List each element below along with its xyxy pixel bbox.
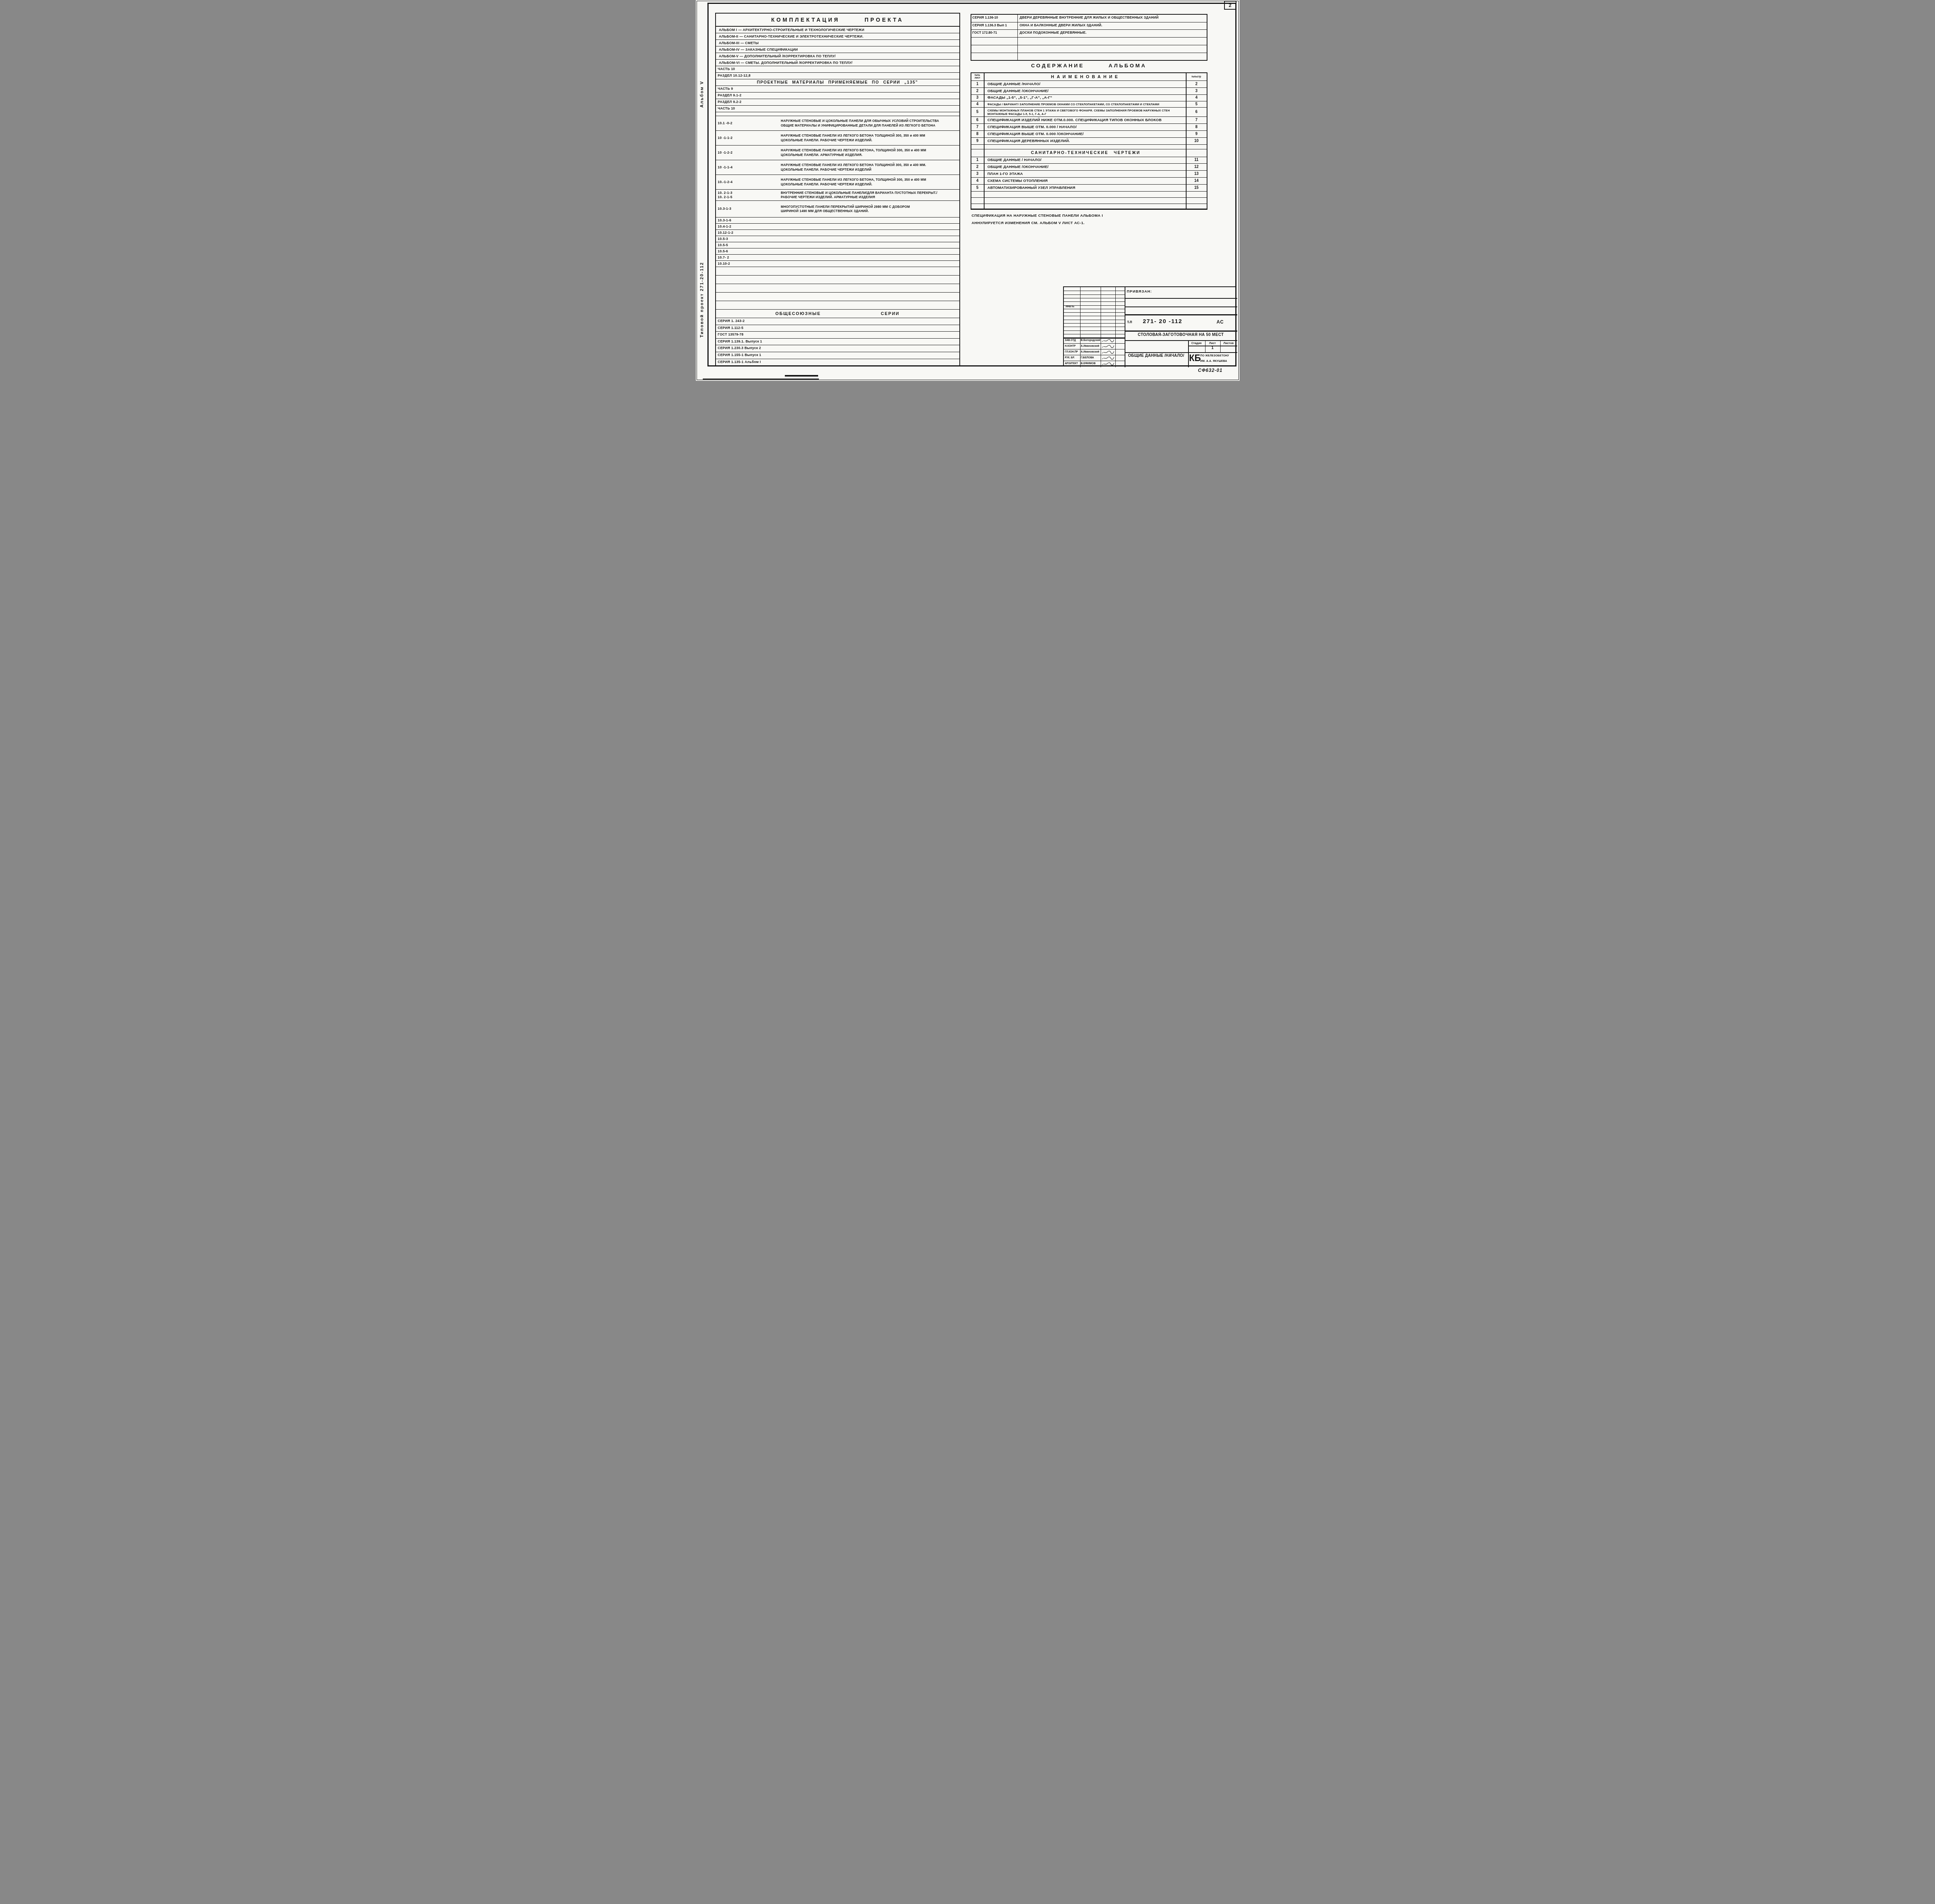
row-description: ДОСКИ ПОДОКОННЫЕ ДЕРЕВЯННЫЕ. xyxy=(1018,30,1207,37)
row-code: СЕРИЯ 1.230.3 Выпуск 2 xyxy=(718,345,780,350)
table-row: 10.1 -0-2НАРУЖНЫЕ СТЕНОВЫЕ И ЦОКОЛЬНЫЕ П… xyxy=(716,116,959,131)
row-code: 10.3-1-6 xyxy=(718,217,780,223)
signature-row: АРХИТЕКТВ.ЕФИМОВ xyxy=(1064,361,1125,367)
row-page: 2 xyxy=(1186,81,1207,87)
section-header: ПРОЕКТНЫЕ МАТЕРИАЛЫ ПРИМЕНЯЕМЫЕ ПО СЕРИИ… xyxy=(757,80,918,85)
row-number: 4 xyxy=(971,101,985,107)
signature-role: ГЛ.КОН.ПР xyxy=(1065,351,1080,353)
row-code: СЕРИЯ 1. 243-2 xyxy=(718,318,780,323)
table-row xyxy=(716,284,959,293)
table-row: 4СХЕМА СИСТЕМЫ ОТОПЛЕНИЯ14 xyxy=(971,178,1207,185)
org-line-2: ИМ. А.А. ЯКУШЕВА xyxy=(1200,360,1227,363)
contents-title: СОДЕРЖАНИЕ АЛЬБОМА xyxy=(971,63,1207,68)
title-line: ОБЩИЕ ДАННЫЕ /ОКОНЧАНИЕ/ xyxy=(988,165,1184,169)
signature-stroke-icon xyxy=(1101,361,1115,366)
title-line: СПЕЦИФИКАЦИЯ ДЕРЕВЯННЫХ ИЗДЕЛИЙ. xyxy=(988,139,1184,143)
signature-stroke-icon xyxy=(1101,338,1115,343)
row-code: 10.3-1-3 xyxy=(718,207,780,211)
row-code: 10.-1-2-4 xyxy=(718,180,780,184)
signature-role: АРХИТЕКТ xyxy=(1065,362,1080,365)
row-page: 13 xyxy=(1186,171,1207,177)
table-row xyxy=(716,276,959,284)
stamp-grid-line xyxy=(1064,312,1125,313)
row-number: 2 xyxy=(971,88,985,94)
left-table-title-row: КОМПЛЕКТАЦИЯ ПРОЕКТА xyxy=(716,14,959,27)
album-entry: АЛЬБОМ-V — ДОПОЛНИТЕЛЬНЫЙ /КОРРЕКТИРОВКА… xyxy=(716,53,959,58)
description-line: ВНУТРЕННИЕ СТЕНОВЫЕ И ЦОКОЛЬНЫЕ ПАНЕЛИ/Д… xyxy=(781,191,958,195)
row-description: ВНУТРЕННИЕ СТЕНОВЫЕ И ЦОКОЛЬНЫЕ ПАНЕЛИ/Д… xyxy=(781,190,959,200)
code-line: 10.5-3 xyxy=(718,237,728,241)
row-page: 12 xyxy=(1186,164,1207,170)
signature-name: В.ЕФИМОВ xyxy=(1081,362,1100,365)
table-row: 10.3-1-6МНОГОПУСТОТНЫЕ ПАНЕЛИ ПЕРЕКРЫТИЙ… xyxy=(716,217,959,224)
table-row: 6СПЕЦИФИКАЦИЯ ИЗДЕЛИЙ НИЖЕ ОТМ.0.000. СП… xyxy=(971,117,1207,124)
table-row: 9СПЕЦИФИКАЦИЯ ДЕРЕВЯННЫХ ИЗДЕЛИЙ.10 xyxy=(971,138,1207,145)
row-page: 3 xyxy=(1186,88,1207,94)
row-page xyxy=(1186,204,1207,209)
description-line: МНОГОПУСТОТНЫЕ ПАНЕЛИ ПЕРЕКРЫТИЙ ШИРИНОЙ… xyxy=(781,205,958,209)
contents-col-page: №№стр xyxy=(1186,73,1207,80)
code-line: 10.7- 2 xyxy=(718,255,729,259)
form-code: СФ632-01 xyxy=(1198,368,1223,373)
row-number xyxy=(971,192,985,197)
row-code: СЕРИЯ 1.139.1. Выпуск 1 xyxy=(718,339,780,344)
row-code: 10.5-5 xyxy=(718,242,780,247)
signature-row: РУК. БР.Г.БЕЛОВА xyxy=(1064,355,1125,361)
table-row: АЛЬБОМ-IV — ЗАКАЗНЫЕ СПЕЦИФИКАЦИИ xyxy=(716,46,959,53)
row-code: 10 -1-1-2 xyxy=(718,136,780,140)
table-row-empty xyxy=(971,45,1207,53)
description-line: НАРУЖНЫЕ СТЕНОВЫЕ И ЦОКОЛЬНЫЕ ПАНЕЛИ ДЛЯ… xyxy=(781,119,958,123)
album-entry: АЛЬБОМ-IV — ЗАКАЗНЫЕ СПЕЦИФИКАЦИИ xyxy=(716,46,959,51)
row-code: ГОСТ 172.80-71 xyxy=(971,30,1018,37)
title-line: МОНТАЖНЫЕ ФАСАДЫ 1-5, 5-1, Г-А, А-Г xyxy=(988,112,1184,116)
table-row xyxy=(716,112,959,116)
title-line: ФАСАДЫ / ВАРИАНТ/ ЗАПОЛНЕНИЕ ПРОЕМОВ ОКН… xyxy=(988,103,1184,106)
row-code: РАЗДЕЛ 9.2-2 xyxy=(718,99,780,104)
table-row: 2ОБЩИЕ ДАННЫЕ /ОКОНЧАНИЕ/3 xyxy=(971,88,1207,95)
row-number: 1 xyxy=(971,81,985,87)
row-page: 7 xyxy=(1186,117,1207,123)
stamp-line xyxy=(1125,314,1237,315)
code-line: 10. 2-1-3 xyxy=(718,191,733,195)
code-line: ЧАСТЬ 9 xyxy=(718,87,733,91)
project-number: 271- 20 -112 xyxy=(1137,318,1188,325)
note-line-1: СПЕЦИФИКАЦИЯ НА НАРУЖНЫЕ СТЕНОВЫЕ ПАНЕЛИ… xyxy=(972,214,1173,218)
title-line: АВТОМАТИЗИРОВАННЫЙ УЗЕЛ УПРАВЛЕНИЯ xyxy=(988,186,1184,190)
row-page: 6 xyxy=(1186,108,1207,116)
row-page: 5 xyxy=(1186,101,1207,107)
row-title: ПЛАН 1-ГО ЭТАЖА xyxy=(985,171,1186,177)
table-row: 10.-1-2-4НАРУЖНЫЕ СТЕНОВЫЕ ПАНЕЛИ ИЗ ЛЕГ… xyxy=(716,175,959,190)
signature-role: ЗАВ.ОТД xyxy=(1065,339,1080,342)
contents-col-sheet-bottom: лист xyxy=(974,77,980,80)
code-line: 10. 2-1-5 xyxy=(718,195,733,199)
table-row: 7СПЕЦИФИКАЦИЯ ВЫШЕ ОТМ. 0.000 / НАЧАЛО/8 xyxy=(971,124,1207,131)
signature-stroke-icon xyxy=(1101,350,1115,355)
row-page xyxy=(1186,149,1207,157)
stamp-grid-line xyxy=(1064,295,1125,295)
row-number: 3 xyxy=(971,95,985,101)
table-row: 10 -1-1-4НАРУЖНЫЕ СТЕНОВЫЕ ПАНЕЛИ ИЗ ЛЕГ… xyxy=(716,160,959,175)
row-number xyxy=(971,198,985,204)
row-description: НАРУЖНЫЕ СТЕНОВЫЕ ПАНЕЛИ ИЗ ЛЕГКОГО БЕТО… xyxy=(781,160,959,175)
table-row: 10. 2-1-310. 2-1-5ВНУТРЕННИЕ СТЕНОВЫЕ И … xyxy=(716,190,959,201)
table-row-empty xyxy=(971,198,1207,204)
row-description xyxy=(1018,53,1207,60)
stamp-grid-line xyxy=(1064,327,1125,327)
table-row: АЛЬБОМ-III — СМЕТЫ xyxy=(716,40,959,46)
code-line: СЕРИЯ 1.139.1. Выпуск 1 xyxy=(718,339,762,343)
stamp-grid-line xyxy=(1064,334,1125,334)
code-line: 10.5-6 xyxy=(718,249,728,253)
row-code: ЧАСТЬ 9 xyxy=(718,86,780,91)
row-title: ОБЩИЕ ДАННЫЕ /ОКОНЧАНИЕ/ xyxy=(985,88,1186,94)
contents-rows: 1ОБЩИЕ ДАННЫЕ /НАЧАЛО/22ОБЩИЕ ДАННЫЕ /ОК… xyxy=(971,81,1207,209)
table-row: 4ФАСАДЫ / ВАРИАНТ/ ЗАПОЛНЕНИЕ ПРОЕМОВ ОК… xyxy=(971,101,1207,108)
table-row: РАЗДЕЛ 10.12-12,8ДОПОЛНИТЕЛЬНЫЕ ИЗДЕЛИЯ. xyxy=(716,73,959,79)
description-line: НАРУЖНЫЕ СТЕНОВЫЕ ПАНЕЛИ ИЗ ЛЕГКОГО БЕТО… xyxy=(781,148,958,152)
code-line: РАЗДЕЛ 10.12-12,8 xyxy=(718,74,751,77)
row-page: 4 xyxy=(1186,95,1207,101)
row-code: 10.5-3 xyxy=(718,236,780,241)
row-title: АВТОМАТИЗИРОВАННЫЙ УЗЕЛ УПРАВЛЕНИЯ xyxy=(985,185,1186,191)
title-line: ФАСАДЫ „1-5”, „5-1”, „Г-А”, „А-Г” xyxy=(988,96,1184,100)
code-line: 10 -1-1-2 xyxy=(718,136,733,140)
row-number: 6 xyxy=(971,117,985,123)
table-row: ЧАСТЬ 9УЗЛЫ И ДЕТАЛИ xyxy=(716,86,959,92)
table-row: ГОСТ 13579-78БЛОКИ СТЕН ПОДВАЛА. xyxy=(716,332,959,339)
row-code: ГОСТ 13579-78 xyxy=(718,332,780,337)
row-number: 7 xyxy=(971,124,985,130)
table-row: РАЗДЕЛ 9.1-2МОНТАЖНЫЕ УЗЛЫ И ДЕТАЛИ xyxy=(716,92,959,99)
title-line: СПЕЦИФИКАЦИЯ ВЫШЕ ОТМ. 0.000 /ОКОНЧАНИЕ/ xyxy=(988,132,1184,136)
stamp-grid-line xyxy=(1064,323,1125,324)
page-edge-mark xyxy=(703,378,819,380)
contents-table: №№ лист НАИМЕНОВАНИЕ №№стр 1ОБЩИЕ ДАННЫЕ… xyxy=(971,72,1207,210)
row-title xyxy=(985,198,1186,204)
series-reference-table: СЕРИЯ 1.136-10ДВЕРИ ДЕРЕВЯННЫЕ ВНУТРЕННИ… xyxy=(971,14,1207,61)
album-entry: АЛЬБОМ I — АРХИТЕКТУРНО-СТРОИТЕЛЬНЫЕ И Т… xyxy=(716,27,959,32)
table-row: ЧАСТЬ 10ИЗДЕЛИЯ ЗАВОДСКОГО ИЗГОТОВЛЕНИЯ xyxy=(716,106,959,112)
stamp-grid-line xyxy=(1064,316,1125,316)
row-page: 10 xyxy=(1186,138,1207,144)
row-page xyxy=(1186,198,1207,204)
row-code: СЕРИЯ 1.112-5 xyxy=(718,325,780,330)
stamp-grid-line xyxy=(1064,330,1125,331)
code-line: СЕРИЯ 1.230.3 Выпуск 2 xyxy=(718,346,761,350)
table-row: 8СПЕЦИФИКАЦИЯ ВЫШЕ ОТМ. 0.000 /ОКОНЧАНИЕ… xyxy=(971,131,1207,138)
object-title: СТОЛОВАЯ-ЗАГОТОВОЧНАЯ НА 50 МЕСТ xyxy=(1125,333,1237,337)
code-line: СЕРИЯ 1.112-5 xyxy=(718,326,743,330)
org-initials: КБ xyxy=(1189,353,1201,363)
table-row: 10.12-1-2ДОПОЛНИТЕЛЬНЫЕ ИЗДЕЛИЯ. xyxy=(716,230,959,236)
code-line: 10.1 -0-2 xyxy=(718,121,733,125)
title-line: СХЕМА СИСТЕМЫ ОТОПЛЕНИЯ xyxy=(988,179,1184,183)
table-row xyxy=(716,267,959,276)
note-line-2: АННУЛИРУЕТСЯ ИЗМЕНЕНИЯ СМ. АЛЬБОМ V ЛИСТ… xyxy=(972,221,1173,225)
page-number-box: 2 xyxy=(1224,1,1236,10)
stamp-grid-line xyxy=(1064,309,1125,309)
project-composition-table: КОМПЛЕКТАЦИЯ ПРОЕКТА АЛЬБОМ I — АРХИТЕКТ… xyxy=(715,13,960,366)
table-row xyxy=(716,301,959,310)
table-row: РАЗДЕЛ 9.2-2ОБЩЕСТРОИТЕЛЬНЫЕ УЗЛЫ И ДЕТА… xyxy=(716,99,959,106)
row-code: 10.5-6 xyxy=(718,248,780,253)
table-row: ОБЩЕСОЮЗНЫЕ СЕРИИ xyxy=(716,310,959,318)
row-code: 10 -1-2-2 xyxy=(718,151,780,155)
row-page: 8 xyxy=(1186,124,1207,130)
contents-col-sheet: №№ лист xyxy=(971,73,985,80)
code-line: СЕРИЯ 1.135-1 Альбом I xyxy=(718,360,761,364)
code-line: ЧАСТЬ 10 xyxy=(718,106,735,110)
table-row-empty xyxy=(971,204,1207,209)
signature-name: А.Ивановский xyxy=(1081,351,1100,353)
table-row: 10 -1-2-2НАРУЖНЫЕ СТЕНОВЫЕ ПАНЕЛИ ИЗ ЛЕГ… xyxy=(716,146,959,160)
row-code: 10 -1-1-4 xyxy=(718,165,780,170)
row-description xyxy=(1018,45,1207,53)
row-code: ЧАСТЬ 10 xyxy=(718,66,780,71)
table-row: СЕРИЯ 1.155-1 Выпуск 1СТУПЕНИ БЕТОННЫЕ И… xyxy=(716,352,959,359)
row-title: СХЕМА СИСТЕМЫ ОТОПЛЕНИЯ xyxy=(985,178,1186,184)
stamp-line xyxy=(1125,352,1237,353)
signature-name: Г.БЕЛОВА xyxy=(1081,356,1100,359)
stage-header: Стадия xyxy=(1188,341,1205,345)
code-line: РАЗДЕЛ 9.1-2 xyxy=(718,93,741,97)
left-table-title: КОМПЛЕКТАЦИЯ ПРОЕКТА xyxy=(771,17,904,23)
row-page: 11 xyxy=(1186,157,1207,164)
table-row: СЕРИЯ 1.136.3 Вып 1ОКНА И БАЛКОННЫЕ ДВЕР… xyxy=(971,22,1207,30)
code-line: 10.-1-2-4 xyxy=(718,180,733,184)
row-number: 5 xyxy=(971,108,985,116)
row-page: 15 xyxy=(1186,185,1207,191)
signature-role: Н.КОНТР xyxy=(1065,345,1080,348)
title-line: ОБЩИЕ ДАННЫЕ / НАЧАЛО/ xyxy=(988,158,1184,162)
section-header: ОБЩЕСОЮЗНЫЕ СЕРИИ xyxy=(775,312,899,316)
table-row: 1ОБЩИЕ ДАННЫЕ / НАЧАЛО/11 xyxy=(971,157,1207,164)
binding-label: ПРИВЯЗАН: xyxy=(1127,289,1152,294)
left-table-rows: АЛЬБОМ I — АРХИТЕКТУРНО-СТРОИТЕЛЬНЫЕ И Т… xyxy=(716,27,959,366)
table-row-empty xyxy=(971,53,1207,61)
description-line: ШИРИНОЙ 1490 ММ ДЛЯ ОБЩЕСТВЕННЫХ ЗДАНИЙ. xyxy=(781,209,958,213)
row-title: ОБЩИЕ ДАННЫЕ /ОКОНЧАНИЕ/ xyxy=(985,164,1186,170)
table-row: АЛЬБОМ-V — ДОПОЛНИТЕЛЬНЫЙ /КОРРЕКТИРОВКА… xyxy=(716,53,959,60)
row-code xyxy=(971,38,1018,45)
code-line: 10.12-1-2 xyxy=(718,231,733,235)
description-line: НАРУЖНЫЕ СТЕНОВЫЕ ПАНЕЛИ ИЗ ЛЕГКОГО БЕТО… xyxy=(781,178,958,182)
album-entry: АЛЬБОМ-II — САНИТАРНО-ТЕХНИЧЕСКИЕ И ЭЛЕК… xyxy=(716,33,959,38)
table-row: СЕРИЯ 1.136-10ДВЕРИ ДЕРЕВЯННЫЕ ВНУТРЕННИ… xyxy=(971,15,1207,22)
table-row: 2ОБЩИЕ ДАННЫЕ /ОКОНЧАНИЕ/12 xyxy=(971,164,1207,171)
row-description: НАРУЖНЫЕ СТЕНОВЫЕ ПАНЕЛИ ИЗ ЛЕГКОГО БЕТО… xyxy=(781,131,959,145)
row-code: 10.10-2 xyxy=(718,261,780,266)
section-title: САНИТАРНО-ТЕХНИЧЕСКИЕ ЧЕРТЕЖИ xyxy=(985,149,1186,157)
fold-mark xyxy=(785,375,818,377)
album-entry: АЛЬБОМ-III — СМЕТЫ xyxy=(716,40,959,45)
row-code: СЕРИЯ 1.155-1 Выпуск 1 xyxy=(718,352,780,357)
table-row-empty xyxy=(971,38,1207,45)
row-number: 2 xyxy=(971,164,985,170)
row-title xyxy=(985,192,1186,197)
signature-row: ГЛ.КОН.ПРА.Ивановский xyxy=(1064,349,1125,355)
row-number: 1 xyxy=(971,157,985,164)
stamp-line xyxy=(1125,340,1237,341)
code-line: 10.3-1-3 xyxy=(718,207,731,211)
row-code xyxy=(971,53,1018,60)
row-description xyxy=(1018,38,1207,45)
stamp-grid-line xyxy=(1064,291,1125,291)
row-title: СХЕМЫ МОНТАЖНЫХ ПЛАНОВ СТЕН 1 ЭТАЖА И СВ… xyxy=(985,108,1186,116)
description-line: ЦОКОЛЬНЫЕ ПАНЕЛИ. РАБОЧИЕ ЧЕРТЕЖИ ИЗДЕЛИ… xyxy=(781,182,958,187)
stamp-line xyxy=(1125,298,1237,299)
description-line: ЦОКОЛЬНЫЕ ПАНЕЛИ. РАБОЧИЕ ЧЕРТЕЖИ ИЗДЕЛИ… xyxy=(781,168,958,172)
row-page: 9 xyxy=(1186,131,1207,137)
stamp-line xyxy=(1125,306,1237,307)
code-line: ЧАСТЬ 10 xyxy=(718,67,735,71)
album-entry: АЛЬБОМ-VI — СМЕТЫ. ДОПОЛНИТЕЛЬНЫЙ /КОРРЕ… xyxy=(716,60,959,65)
row-description: ДВЕРИ ДЕРЕВЯННЫЕ ВНУТРЕННИЕ ДЛЯ ЖИЛЫХ И … xyxy=(1018,15,1207,22)
description-line: НАРУЖНЫЕ СТЕНОВЫЕ ПАНЕЛИ ИЗ ЛЕГКОГО БЕТО… xyxy=(781,163,958,167)
row-number xyxy=(971,204,985,209)
sheet-header: Лист xyxy=(1205,341,1220,345)
table-row: ПРОЕКТНЫЕ МАТЕРИАЛЫ ПРИМЕНЯЕМЫЕ ПО СЕРИИ… xyxy=(716,79,959,86)
title-line: ОБЩИЕ ДАННЫЕ /ОКОНЧАНИЕ/ xyxy=(988,89,1184,93)
row-code: ЧАСТЬ 10 xyxy=(718,106,780,111)
signature-role: РУК. БР. xyxy=(1065,356,1080,359)
stamp-grid-line xyxy=(1064,298,1125,298)
table-row: СЕРИЯ 1.230.3 Выпуск 2ВИТРИНЫ ТОРГОВЫХ З… xyxy=(716,345,959,352)
description-line: ЦОКОЛЬНЫЕ ПАНЕЛИ. АРМАТУРНЫЕ ИЗДЕЛИЯ. xyxy=(781,153,958,157)
row-page: 14 xyxy=(1186,178,1207,184)
code-line: 10 -1-1-4 xyxy=(718,165,733,169)
margin-album-label: Альбом V xyxy=(700,50,704,108)
row-title: СПЕЦИФИКАЦИЯ ИЗДЕЛИЙ НИЖЕ ОТМ.0.000. СПЕ… xyxy=(985,117,1186,123)
table-row: 10.5-5ГИПСОБЕТОННЫЕ ПЕРЕГОРОДКИ. xyxy=(716,242,959,248)
row-code: 10.1 -0-2 xyxy=(718,121,780,125)
page-number: 2 xyxy=(1229,3,1231,8)
code-line: РАЗДЕЛ 9.2-2 xyxy=(718,100,741,104)
table-row: 10.5-6КЕРАМЗИТОБЕТОННЫЕ ПЕРЕГОРОДКИ xyxy=(716,248,959,255)
row-title: ФАСАДЫ / ВАРИАНТ/ ЗАПОЛНЕНИЕ ПРОЕМОВ ОКН… xyxy=(985,101,1186,107)
table-row xyxy=(716,293,959,301)
table-row: 10.7- 2МЕТАЛЛИЧЕСКИЕ ИЗДЕЛИЯ. xyxy=(716,255,959,261)
row-description: ОКНА И БАЛКОННЫЕ ДВЕРИ ЖИЛЫХ ЗДАНИЙ. xyxy=(1018,22,1207,30)
row-code: 10.12-1-2 xyxy=(718,230,780,235)
table-row: 1ОБЩИЕ ДАННЫЕ /НАЧАЛО/2 xyxy=(971,81,1207,88)
table-row: 10.3-1-3МНОГОПУСТОТНЫЕ ПАНЕЛИ ПЕРЕКРЫТИЙ… xyxy=(716,201,959,217)
row-title: ФАСАДЫ „1-5”, „5-1”, „Г-А”, „А-Г” xyxy=(985,95,1186,101)
title-line: СПЕЦИФИКАЦИЯ ИЗДЕЛИЙ НИЖЕ ОТМ.0.000. СПЕ… xyxy=(988,118,1184,122)
code-line: 10.10-2 xyxy=(718,262,730,265)
table-row: АЛЬБОМ I — АРХИТЕКТУРНО-СТРОИТЕЛЬНЫЕ И Т… xyxy=(716,27,959,33)
row-title xyxy=(985,204,1186,209)
table-row: 3ПЛАН 1-ГО ЭТАЖА13 xyxy=(971,171,1207,178)
signature-stroke-icon xyxy=(1101,344,1115,349)
project-type-label: т.п xyxy=(1127,320,1132,324)
table-row: ЧАСТЬ 10ИЗДЕЛИЯ ЗАВОДСКОГО ИЗГОТОВЛЕНИЯ xyxy=(716,66,959,73)
row-code: СЕРИЯ 1.136.3 Вып 1 xyxy=(971,22,1018,30)
table-row: 10.4-1-2РАЗНЫЕ ЖЕЛЕЗОБЕТОННЫЕ ИЗДЕЛИЯ. Р… xyxy=(716,224,959,230)
contents-header-row: №№ лист НАИМЕНОВАНИЕ №№стр xyxy=(971,73,1207,81)
code-line: СЕРИЯ 1.155-1 Выпуск 1 xyxy=(718,353,762,357)
series-reference-rows: СЕРИЯ 1.136-10ДВЕРИ ДЕРЕВЯННЫЕ ВНУТРЕННИ… xyxy=(971,15,1207,61)
table-row: 10.5-3ГИПСОБЕТОННЫЕ ПЕРЕГОРОДКИ. xyxy=(716,236,959,242)
row-number: 5 xyxy=(971,185,985,191)
sheet-number: 1 xyxy=(1205,346,1220,350)
table-row: СЕРИЯ 1.139.1. Выпуск 1ПЕРЕМЫЧКИ ДЛЯ СТЕ… xyxy=(716,339,959,346)
table-row: АЛЬБОМ-II — САНИТАРНО-ТЕХНИЧЕСКИЕ И ЭЛЕК… xyxy=(716,33,959,40)
code-line: СЕРИЯ 1. 243-2 xyxy=(718,319,745,323)
signature-row: Н.КОНТРА.Ивановский xyxy=(1064,343,1125,349)
row-description: НАРУЖНЫЕ СТЕНОВЫЕ ПАНЕЛИ ИЗ ЛЕГКОГО БЕТО… xyxy=(781,146,959,160)
sheets-header: Листов xyxy=(1220,341,1237,345)
row-description: НАРУЖНЫЕ СТЕНОВЫЕ ПАНЕЛИ ИЗ ЛЕГКОГО БЕТО… xyxy=(781,175,959,189)
row-code: СЕРИЯ 1.135-1 Альбом I xyxy=(718,359,780,364)
code-line: 10.3-1-6 xyxy=(718,218,731,222)
title-line: ОБЩИЕ ДАННЫЕ /НАЧАЛО/ xyxy=(988,82,1184,86)
signature-stroke-icon xyxy=(1101,356,1115,361)
drawing-mark: АС xyxy=(1217,319,1224,325)
table-row: 5АВТОМАТИЗИРОВАННЫЙ УЗЕЛ УПРАВЛЕНИЯ15 xyxy=(971,185,1207,192)
table-row: 3ФАСАДЫ „1-5”, „5-1”, „Г-А”, „А-Г”4 xyxy=(971,95,1207,102)
drawing-sheet: 2 Альбом V Типовой проект 271-20-112 КОМ… xyxy=(696,0,1240,381)
table-row-empty xyxy=(971,145,1207,149)
contents-section-row: САНИТАРНО-ТЕХНИЧЕСКИЕ ЧЕРТЕЖИ xyxy=(971,149,1207,157)
row-code: 10. 2-1-310. 2-1-5 xyxy=(718,191,780,200)
code-line: ГОСТ 13579-78 xyxy=(718,332,744,336)
title-block: ИНВ № ЗАВ.ОТДВ.БогородскийН.КОНТРА.Ивано… xyxy=(1063,286,1236,366)
row-title: СПЕЦИФИКАЦИЯ ВЫШЕ ОТМ. 0.000 /ОКОНЧАНИЕ/ xyxy=(985,131,1186,137)
margin-project-label: Типовой проект 271-20-112 xyxy=(700,144,704,337)
stamp-grid-line xyxy=(1064,320,1125,320)
signature-name: А.Ивановский xyxy=(1081,345,1100,348)
row-page xyxy=(1186,145,1207,149)
row-page xyxy=(1186,192,1207,197)
table-row: ГОСТ 172.80-71ДОСКИ ПОДОКОННЫЕ ДЕРЕВЯННЫ… xyxy=(971,30,1207,38)
row-number: 4 xyxy=(971,178,985,184)
org-line-1: ПО ЖЕЛЕЗОБЕТОНУ xyxy=(1200,354,1229,357)
signature-row: ЗАВ.ОТДВ.Богородский xyxy=(1064,337,1125,343)
row-number xyxy=(971,149,985,157)
code-line: 10.4-1-2 xyxy=(718,224,731,228)
row-title: ОБЩИЕ ДАННЫЕ /НАЧАЛО/ xyxy=(985,81,1186,87)
table-row: СЕРИЯ 1.112-5ПЛИТЫ ЖЕЛЕЗОБЕТОННЫЕ ДЛЯ ЛЕ… xyxy=(716,325,959,332)
title-line: ПЛАН 1-ГО ЭТАЖА xyxy=(988,172,1184,176)
description-line: РАБОЧИЕ ЧЕРТЕЖИ ИЗДЕЛИЙ. АРМАТУРНЫЕ ИЗДЕ… xyxy=(781,195,958,199)
row-code: СЕРИЯ 1.136-10 xyxy=(971,15,1018,22)
row-number: 8 xyxy=(971,131,985,137)
row-code xyxy=(971,45,1018,53)
description-line: НАРУЖНЫЕ СТЕНОВЫЕ ПАНЕЛИ ИЗ ЛЕГКОГО БЕТО… xyxy=(781,134,958,138)
row-description: НАРУЖНЫЕ СТЕНОВЫЕ И ЦОКОЛЬНЫЕ ПАНЕЛИ ДЛЯ… xyxy=(781,116,959,130)
row-number xyxy=(971,145,985,149)
row-title: СПЕЦИФИКАЦИЯ ВЫШЕ ОТМ. 0.000 / НАЧАЛО/ xyxy=(985,124,1186,130)
title-line: СХЕМЫ МОНТАЖНЫХ ПЛАНОВ СТЕН 1 ЭТАЖА И СВ… xyxy=(988,109,1184,112)
table-row: 10 -1-1-2НАРУЖНЫЕ СТЕНОВЫЕ ПАНЕЛИ ИЗ ЛЕГ… xyxy=(716,131,959,146)
row-title xyxy=(985,145,1186,149)
code-line: 10.5-5 xyxy=(718,243,728,247)
table-row: СЕРИЯ 1. 243-2ПЛИТЫ ПЛОСКИЕ ЖЕЛЕЗОБЕТОНН… xyxy=(716,318,959,325)
description-line: ЦОКОЛЬНЫЕ ПАНЕЛИ. РАБОЧИЕ ЧЕРТЕЖИ ИЗДЕЛИ… xyxy=(781,138,958,142)
table-row: 5СХЕМЫ МОНТАЖНЫХ ПЛАНОВ СТЕН 1 ЭТАЖА И С… xyxy=(971,108,1207,117)
row-number: 9 xyxy=(971,138,985,144)
contents-col-name: НАИМЕНОВАНИЕ xyxy=(985,73,1186,80)
row-description: МНОГОПУСТОТНЫЕ ПАНЕЛИ ПЕРЕКРЫТИЙ ШИРИНОЙ… xyxy=(781,201,959,217)
row-title: ОБЩИЕ ДАННЫЕ / НАЧАЛО/ xyxy=(985,157,1186,164)
row-number: 3 xyxy=(971,171,985,177)
row-code: 10.4-1-2 xyxy=(718,224,780,229)
row-title: СПЕЦИФИКАЦИЯ ДЕРЕВЯННЫХ ИЗДЕЛИЙ. xyxy=(985,138,1186,144)
sheet-title: ОБЩИЕ ДАННЫЕ /НАЧАЛО/ xyxy=(1125,354,1188,358)
